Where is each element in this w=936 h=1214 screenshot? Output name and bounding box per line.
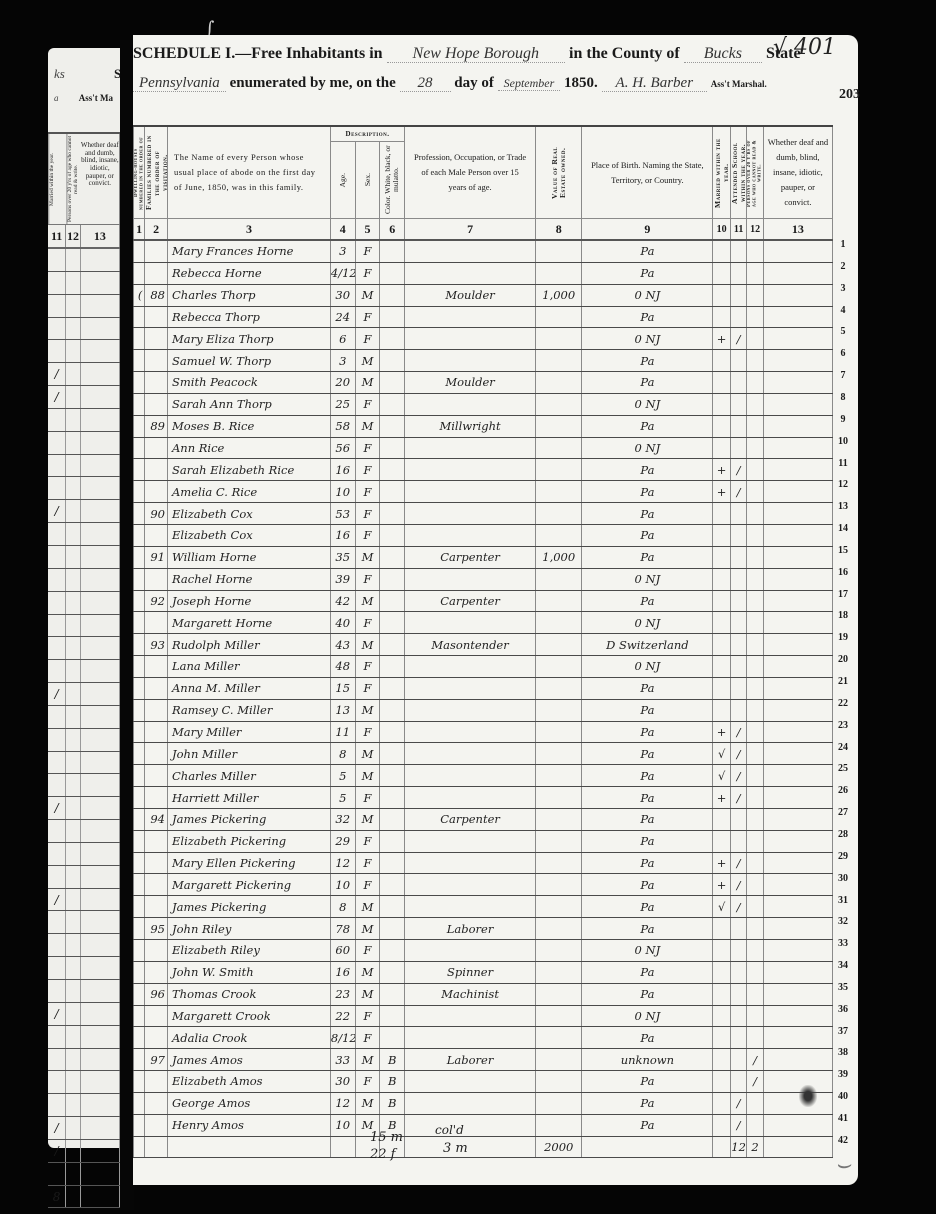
school-cell: / <box>730 459 746 481</box>
condition-cell <box>763 1092 832 1114</box>
age-cell: 12 <box>330 1092 355 1114</box>
age-cell: 16 <box>330 961 355 983</box>
family-number-cell <box>145 852 168 874</box>
census-page: √ 401 SCHEDULE I.—Free Inhabitants in Ne… <box>133 35 858 1185</box>
school-cell <box>730 1071 746 1093</box>
sex-cell: F <box>355 874 380 896</box>
occupation-cell <box>405 1027 536 1049</box>
married-cell <box>713 284 731 306</box>
col-number: 9 <box>582 219 713 241</box>
left-page-cell <box>48 1163 66 1185</box>
left-page-cell <box>48 432 66 454</box>
color-cell <box>380 852 405 874</box>
left-page-cell <box>48 318 66 340</box>
occupation-cell <box>405 240 536 262</box>
left-page-cell <box>81 683 120 705</box>
dwelling-number-cell <box>134 612 145 634</box>
left-page-row: / <box>48 1140 120 1163</box>
header-color: Color. White, black, or mulatto. <box>380 142 405 219</box>
left-page-cell <box>66 752 80 774</box>
dwelling-number-cell <box>134 524 145 546</box>
sex-cell: M <box>355 961 380 983</box>
birthplace-cell: Pa <box>582 983 713 1005</box>
left-page-cell <box>48 774 66 796</box>
married-cell <box>713 656 731 678</box>
occupation-cell <box>405 787 536 809</box>
left-page-cell <box>48 957 66 979</box>
condition-cell <box>763 437 832 459</box>
left-page-cell <box>66 523 80 545</box>
line-number: 41 <box>831 1113 855 1124</box>
name-cell: Ann Rice <box>168 437 331 459</box>
real-estate-cell <box>536 372 582 394</box>
header-age: Age. <box>330 142 355 219</box>
header-occupation: Profession, Occupation, or Trade of each… <box>405 126 536 219</box>
col-number: 6 <box>380 219 405 241</box>
left-page-cell <box>66 706 80 728</box>
line-number: 8 <box>831 392 855 403</box>
left-page-cell <box>81 1094 120 1116</box>
header-age-text: Age. <box>339 173 347 187</box>
left-page-cell <box>48 409 66 431</box>
left-page-cell <box>81 340 120 362</box>
real-estate-cell <box>536 896 582 918</box>
color-cell <box>380 721 405 743</box>
family-number-cell <box>145 350 168 372</box>
color-cell: B <box>380 1071 405 1093</box>
school-cell: / <box>730 896 746 918</box>
school-cell: / <box>730 721 746 743</box>
birthplace-cell: 0 NJ <box>582 656 713 678</box>
sex-cell: F <box>355 524 380 546</box>
dwelling-number-cell <box>134 481 145 503</box>
family-number-cell <box>145 874 168 896</box>
line-number: 15 <box>831 545 855 556</box>
left-page-cell <box>81 455 120 477</box>
married-cell <box>713 808 731 830</box>
color-cell <box>380 874 405 896</box>
condition-cell <box>763 393 832 415</box>
col-number: 11 <box>730 219 746 241</box>
left-page-row <box>48 820 120 843</box>
left-page-row <box>48 409 120 432</box>
occupation-cell <box>405 612 536 634</box>
table-row: 95John Riley78MLaborerPa <box>134 918 833 940</box>
left-page-cell <box>66 455 80 477</box>
left-page-row <box>48 729 120 752</box>
school-cell <box>730 524 746 546</box>
col-number: 2 <box>145 219 168 241</box>
sex-cell: F <box>355 328 380 350</box>
occupation-cell: Millwright <box>405 415 536 437</box>
married-cell <box>713 1092 731 1114</box>
name-cell: Rachel Horne <box>168 568 331 590</box>
occupation-cell <box>405 874 536 896</box>
left-page-cell <box>48 660 66 682</box>
dwelling-number-cell <box>134 787 145 809</box>
illiterate-cell <box>747 634 763 656</box>
left-page-cell <box>48 866 66 888</box>
married-cell <box>713 918 731 940</box>
enumeration-day: 28 <box>400 75 451 92</box>
sex-cell: F <box>355 568 380 590</box>
left-page-cell <box>48 1094 66 1116</box>
name-cell: Adalia Crook <box>168 1027 331 1049</box>
occupation-cell <box>405 940 536 962</box>
occupation-cell <box>405 328 536 350</box>
real-estate-cell <box>536 240 582 262</box>
left-page-cell <box>66 1140 80 1162</box>
married-cell <box>713 1071 731 1093</box>
left-page-cell <box>66 637 80 659</box>
table-row: 89Moses B. Rice58MMillwrightPa <box>134 415 833 437</box>
table-row: 94James Pickering32MCarpenterPa <box>134 808 833 830</box>
occupation-cell: Laborer <box>405 1049 536 1071</box>
sex-cell: M <box>355 415 380 437</box>
school-cell <box>730 918 746 940</box>
sex-cell: M <box>355 546 380 568</box>
left-page-cell: / <box>48 1117 66 1139</box>
left-page-cell <box>48 523 66 545</box>
school-cell <box>730 262 746 284</box>
real-estate-cell <box>536 677 582 699</box>
condition-cell <box>763 1136 832 1158</box>
table-row: Elizabeth Cox16FPa <box>134 524 833 546</box>
married-cell <box>713 1114 731 1136</box>
family-number-cell: 96 <box>145 983 168 1005</box>
family-number-cell <box>145 306 168 328</box>
dwelling-number-cell <box>134 240 145 262</box>
real-estate-cell <box>536 481 582 503</box>
left-page-cell <box>48 569 66 591</box>
left-page-row <box>48 637 120 660</box>
left-page-cell <box>66 1186 80 1208</box>
family-number-cell: 88 <box>145 284 168 306</box>
table-row: Margarett Pickering10FPa+/ <box>134 874 833 896</box>
birthplace-cell: Pa <box>582 372 713 394</box>
age-cell: 8 <box>330 896 355 918</box>
left-page-cell <box>48 843 66 865</box>
table-row: Margarett Crook22F0 NJ <box>134 1005 833 1027</box>
married-cell <box>713 437 731 459</box>
left-header-illiterate: Persons over 20 y'rs of age who cannot r… <box>66 134 80 224</box>
line-number: 27 <box>831 807 855 818</box>
left-title-handwriting: ks <box>54 66 65 81</box>
real-estate-cell: 2000 <box>536 1136 582 1158</box>
family-number-cell: 94 <box>145 808 168 830</box>
tally-colored-note: col'd <box>435 1123 464 1137</box>
left-page-cell <box>66 615 80 637</box>
real-estate-cell <box>536 350 582 372</box>
left-page-cell <box>66 546 80 568</box>
line-number: 14 <box>831 523 855 534</box>
birthplace-cell: Pa <box>582 459 713 481</box>
name-cell: William Horne <box>168 546 331 568</box>
header-birthplace: Place of Birth. Naming the State, Territ… <box>582 126 713 219</box>
condition-cell <box>763 590 832 612</box>
marshal-label: Ass't Marshal. <box>711 79 767 89</box>
family-number-cell <box>145 481 168 503</box>
dwelling-number-cell <box>134 1005 145 1027</box>
dwelling-number-cell <box>134 852 145 874</box>
line-number: 25 <box>831 763 855 774</box>
left-page-cell <box>81 660 120 682</box>
dwelling-number-cell <box>134 1114 145 1136</box>
line-number: 19 <box>831 632 855 643</box>
family-number-cell <box>145 524 168 546</box>
real-estate-cell <box>536 1027 582 1049</box>
illiterate-cell <box>747 546 763 568</box>
birthplace-cell <box>582 1136 713 1158</box>
school-cell <box>730 808 746 830</box>
left-page-row: / <box>48 683 120 706</box>
school-cell <box>730 415 746 437</box>
name-cell: James Pickering <box>168 896 331 918</box>
condition-cell <box>763 1027 832 1049</box>
color-cell <box>380 350 405 372</box>
occupation-cell: Masontender <box>405 634 536 656</box>
left-page-row <box>48 1094 120 1117</box>
occupation-cell <box>405 830 536 852</box>
dwelling-number-cell <box>134 983 145 1005</box>
left-page-cell <box>66 797 80 819</box>
married-cell <box>713 1136 731 1158</box>
left-page-cell <box>66 843 80 865</box>
condition-cell <box>763 656 832 678</box>
line-number: 36 <box>831 1004 855 1015</box>
left-page-cell: / <box>48 1140 66 1162</box>
married-cell: + <box>713 787 731 809</box>
left-page-cell: / <box>48 500 66 522</box>
ink-blot <box>799 1085 817 1107</box>
condition-cell <box>763 852 832 874</box>
left-page-cell <box>81 546 120 568</box>
census-table: Dwelling-houses numbered in the order of… <box>133 125 833 1158</box>
left-page-row <box>48 980 120 1003</box>
real-estate-cell <box>536 262 582 284</box>
header-dwelling: Dwelling-houses numbered in the order of… <box>134 126 145 219</box>
table-row: Mary Miller11FPa+/ <box>134 721 833 743</box>
married-cell <box>713 546 731 568</box>
left-page-cell <box>66 774 80 796</box>
family-number-cell <box>145 1005 168 1027</box>
left-page-cell <box>81 409 120 431</box>
real-estate-cell <box>536 590 582 612</box>
color-cell <box>380 568 405 590</box>
birthplace-cell: Pa <box>582 262 713 284</box>
left-marshal-label: Ass't Ma <box>79 93 113 103</box>
tally-colored-count: 3 m <box>443 1141 468 1156</box>
line-number: 32 <box>831 916 855 927</box>
left-page-cell <box>66 729 80 751</box>
birthplace-cell: 0 NJ <box>582 568 713 590</box>
left-page-cell: / <box>48 683 66 705</box>
married-cell <box>713 1005 731 1027</box>
left-page-rows: /////////8 <box>48 249 120 1208</box>
dwelling-number-cell <box>134 1071 145 1093</box>
married-cell <box>713 415 731 437</box>
sex-cell: F <box>355 393 380 415</box>
left-page-headers: Married within the year. Persons over 20… <box>48 132 120 225</box>
left-page-cell <box>81 729 120 751</box>
left-page-cell <box>81 957 120 979</box>
left-page-cell <box>66 500 80 522</box>
left-header-married: Married within the year. <box>48 134 66 224</box>
condition-cell <box>763 481 832 503</box>
left-page-cell <box>66 866 80 888</box>
married-cell <box>713 350 731 372</box>
left-page-cell <box>81 866 120 888</box>
line-number: 38 <box>831 1047 855 1058</box>
left-col-number: 13 <box>81 225 120 247</box>
sex-cell: F <box>355 677 380 699</box>
family-number-cell <box>145 262 168 284</box>
family-number-cell <box>145 240 168 262</box>
left-page-cell <box>81 569 120 591</box>
age-cell <box>330 1136 355 1158</box>
left-page-cell <box>66 934 80 956</box>
table-row: Rebecca Thorp24FPa <box>134 306 833 328</box>
school-cell <box>730 1049 746 1071</box>
dwelling-number-cell <box>134 656 145 678</box>
birthplace-cell: Pa <box>582 699 713 721</box>
color-cell <box>380 983 405 1005</box>
line-number: 34 <box>831 960 855 971</box>
name-cell: Mary Eliza Thorp <box>168 328 331 350</box>
birthplace-cell: Pa <box>582 787 713 809</box>
left-page-cell <box>81 363 120 385</box>
family-number-cell: 89 <box>145 415 168 437</box>
left-page-cell <box>81 797 120 819</box>
table-row: Elizabeth Riley60F0 NJ <box>134 940 833 962</box>
occupation-cell <box>405 656 536 678</box>
illiterate-cell <box>747 787 763 809</box>
left-page-cell <box>81 386 120 408</box>
age-cell: 24 <box>330 306 355 328</box>
age-cell: 3 <box>330 240 355 262</box>
age-cell: 5 <box>330 765 355 787</box>
table-row: Mary Frances Horne3FPa <box>134 240 833 262</box>
line-number: 6 <box>831 348 855 359</box>
left-header-condition: Whether deaf and dumb, blind, insane, id… <box>81 134 120 224</box>
left-page-cell <box>81 911 120 933</box>
illiterate-cell <box>747 612 763 634</box>
illiterate-cell <box>747 568 763 590</box>
school-cell <box>730 546 746 568</box>
name-cell: George Amos <box>168 1092 331 1114</box>
enumeration-month: September <box>498 76 561 91</box>
sex-cell: M <box>355 634 380 656</box>
school-cell <box>730 284 746 306</box>
left-page-cell <box>81 1140 120 1162</box>
table-row: John Miller8MPa√/ <box>134 743 833 765</box>
school-cell: / <box>730 1092 746 1114</box>
dwelling-number-cell <box>134 896 145 918</box>
col-number: 1 <box>134 219 145 241</box>
married-cell <box>713 677 731 699</box>
occupation-cell: Laborer <box>405 918 536 940</box>
line-number: 1 <box>831 239 855 250</box>
condition-cell <box>763 328 832 350</box>
line-number: 42 <box>831 1135 855 1146</box>
age-cell: 13 <box>330 699 355 721</box>
real-estate-cell: 1,000 <box>536 284 582 306</box>
left-page-cell <box>66 477 80 499</box>
left-page-cell <box>81 1186 120 1208</box>
family-number-cell <box>145 1071 168 1093</box>
birthplace-cell: Pa <box>582 830 713 852</box>
sex-cell: F <box>355 940 380 962</box>
left-page-cell <box>48 1026 66 1048</box>
left-page-cell <box>66 1049 80 1071</box>
left-page-row <box>48 477 120 500</box>
sex-cell: F <box>355 240 380 262</box>
condition-cell <box>763 262 832 284</box>
illiterate-cell <box>747 1005 763 1027</box>
condition-cell <box>763 1005 832 1027</box>
left-page-cell <box>48 592 66 614</box>
line-number: 9 <box>831 414 855 425</box>
birthplace-cell: Pa <box>582 918 713 940</box>
occupation-cell: Moulder <box>405 284 536 306</box>
left-page-cell <box>66 592 80 614</box>
left-page-cell <box>48 706 66 728</box>
age-cell: 60 <box>330 940 355 962</box>
sex-cell: M <box>355 284 380 306</box>
sex-cell: M <box>355 699 380 721</box>
left-page-cell <box>66 249 80 271</box>
family-number-cell <box>145 656 168 678</box>
school-cell <box>730 656 746 678</box>
school-cell: / <box>730 481 746 503</box>
illiterate-cell <box>747 415 763 437</box>
left-page-cell <box>66 318 80 340</box>
occupation-cell <box>405 1114 536 1136</box>
left-page-grid: Married within the year. Persons over 20… <box>48 132 120 1208</box>
age-cell: 32 <box>330 808 355 830</box>
married-cell: + <box>713 874 731 896</box>
occupation-cell: Machinist <box>405 983 536 1005</box>
illiterate-cell <box>747 350 763 372</box>
name-cell: Anna M. Miller <box>168 677 331 699</box>
marshal-name: A. H. Barber <box>602 75 708 92</box>
left-page-cell <box>66 272 80 294</box>
left-page-cell: / <box>48 386 66 408</box>
left-page-row <box>48 569 120 592</box>
line-number: 21 <box>831 676 855 687</box>
dwelling-number-cell <box>134 918 145 940</box>
age-cell: 11 <box>330 721 355 743</box>
condition-cell <box>763 677 832 699</box>
table-row: George Amos12MBPa/ <box>134 1092 833 1114</box>
name-cell: Thomas Crook <box>168 983 331 1005</box>
illiterate-cell <box>747 590 763 612</box>
illiterate-cell <box>747 481 763 503</box>
birthplace-cell: Pa <box>582 1114 713 1136</box>
family-number-cell <box>145 372 168 394</box>
left-page-cell <box>48 820 66 842</box>
table-row: Harriett Miller5FPa+/ <box>134 787 833 809</box>
color-cell <box>380 656 405 678</box>
table-row: 97James Amos33MBLaborerunknown/ <box>134 1049 833 1071</box>
tally-females: 22 f <box>370 1147 396 1162</box>
color-cell <box>380 808 405 830</box>
age-cell: 53 <box>330 503 355 525</box>
birthplace-cell: 0 NJ <box>582 328 713 350</box>
real-estate-cell <box>536 830 582 852</box>
school-cell <box>730 940 746 962</box>
left-page-cell <box>66 432 80 454</box>
